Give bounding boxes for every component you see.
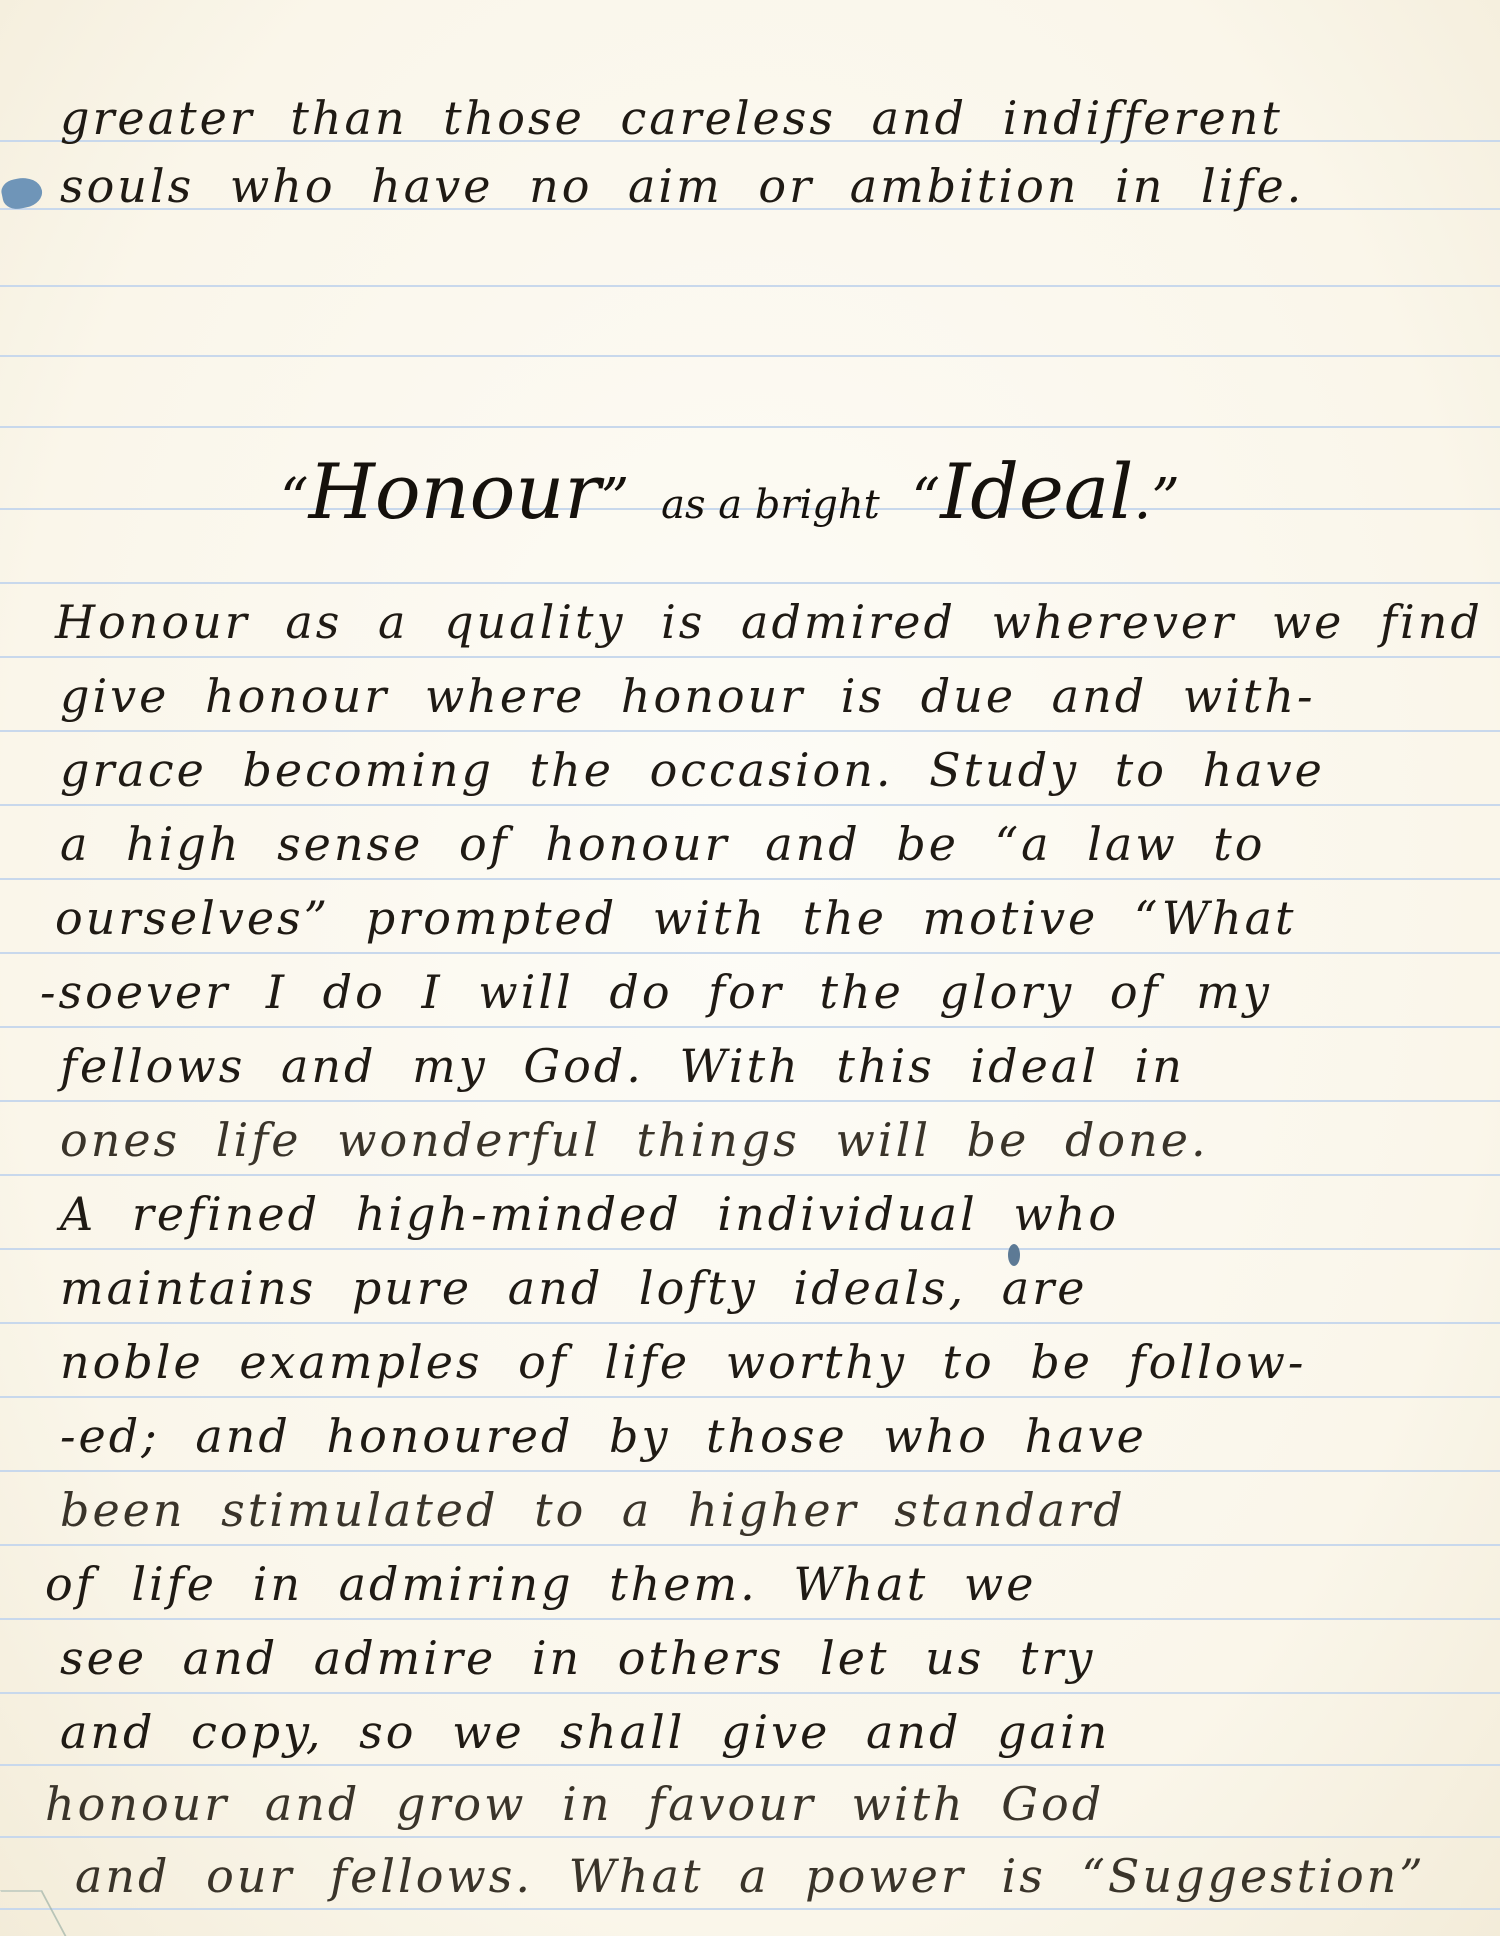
continuation-line-2: souls who have no aim or ambition in lif… [60,156,1460,216]
essay-line-13: been stimulated to a higher standard [60,1480,1460,1540]
ruled-line [0,1174,1500,1176]
essay-line-11: noble examples of life worthy to be foll… [60,1332,1460,1392]
ruled-line [0,1026,1500,1028]
ruled-line [0,355,1500,357]
heading-open-quote: “ [280,467,309,532]
heading-word-honour: Honour [309,447,601,536]
ruled-line [0,1908,1500,1910]
heading-close-quote-2: .” [1133,467,1179,532]
essay-line-15: see and admire in others let us try [60,1628,1460,1688]
essay-line-8: ones life wonderful things will be done. [60,1110,1460,1170]
ruled-line [0,730,1500,732]
essay-line-16: and copy, so we shall give and gain [60,1702,1460,1762]
essay-line-10: maintains pure and lofty ideals, are [60,1258,1460,1318]
ruled-line [0,1764,1500,1766]
ruled-line [0,426,1500,428]
essay-line-1: Honour as a quality is admired wherever … [55,592,1455,652]
ruled-line [0,878,1500,880]
ruled-line [0,1544,1500,1546]
ruled-line [0,952,1500,954]
ruled-line [0,1470,1500,1472]
essay-heading: “Honour” as a bright “Ideal.” [280,452,1260,545]
heading-middle: as a bright [661,482,880,528]
heading-close-quote: ” [601,467,630,532]
essay-line-12: -ed; and honoured by those who have [60,1406,1460,1466]
essay-line-5: ourselves” prompted with the motive “Wha… [55,888,1455,948]
ruled-line [0,285,1500,287]
torn-corner [0,1890,68,1936]
ruled-line [0,656,1500,658]
ruled-line [0,1248,1500,1250]
ruled-line [0,804,1500,806]
continuation-line-1: greater than those careless and indiffer… [60,88,1460,148]
essay-line-4: a high sense of honour and be “a law to [60,814,1460,874]
ruled-line [0,1836,1500,1838]
essay-line-7: fellows and my God. With this ideal in [60,1036,1460,1096]
ruled-line [0,582,1500,584]
essay-line-6: -soever I do I will do for the glory of … [40,962,1440,1022]
essay-line-14: of life in admiring them. What we [45,1554,1445,1614]
notebook-page: ​ greater than those careless and indiff… [0,0,1500,1936]
ruled-line [0,1618,1500,1620]
heading-word-ideal: Ideal [940,447,1133,536]
essay-line-9: A refined high-minded individual who [60,1184,1460,1244]
ruled-line [0,1322,1500,1324]
ruled-line [0,1692,1500,1694]
heading-open-quote-2: “ [912,467,941,532]
essay-line-18: and our fellows. What a power is “Sugges… [75,1846,1475,1906]
essay-line-2: give honour where honour is due and with… [60,666,1460,726]
ink-blot [0,174,45,212]
ruled-line [0,1396,1500,1398]
ruled-line [0,1100,1500,1102]
essay-line-17: honour and grow in favour with God [45,1774,1445,1834]
essay-line-3: grace becoming the occasion. Study to ha… [60,740,1460,800]
